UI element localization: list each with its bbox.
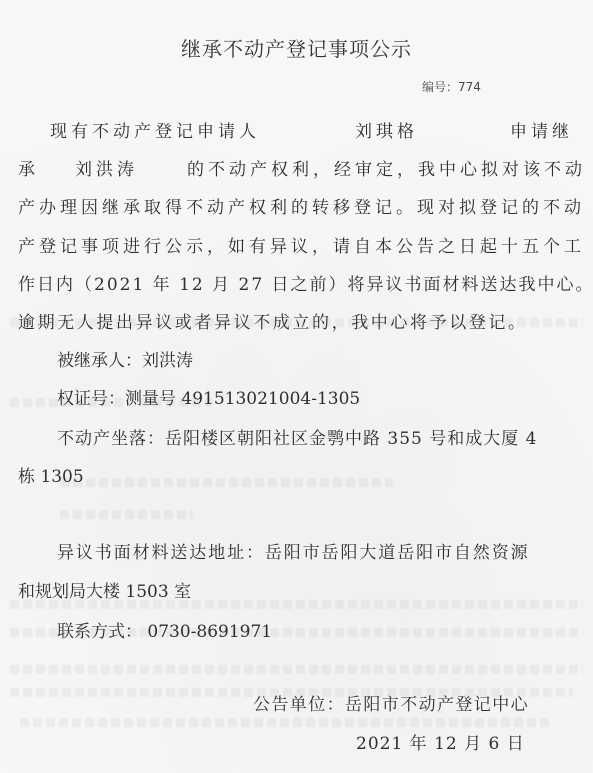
body-text-line: 逾期无人提出异议或者异议不成立的，我中心将予以登记。 bbox=[18, 308, 528, 333]
bleed-through-mark bbox=[20, 718, 553, 727]
decedent-field: 被继承人：刘洪涛 bbox=[57, 346, 193, 371]
body-text-line: 产登记事项进行公示，如有异议，请自本公告之日起十五个工 bbox=[18, 232, 585, 257]
applicant-name: 刘琪格 bbox=[355, 117, 418, 142]
issuer-name: 公告单位：岳阳市不动产登记中心 bbox=[253, 690, 529, 715]
applicant-intro-text: 现有不动产登记申请人 bbox=[50, 117, 260, 142]
objection-address-continued: 和规划局大楼 1503 室 bbox=[18, 577, 191, 602]
scanned-document-page: 继承不动产登记事项公示 编号：774 现有不动产登记申请人 刘琪格 申请继 承 … bbox=[0, 0, 593, 773]
bleed-through-mark bbox=[60, 478, 393, 487]
inherit-char: 承 bbox=[18, 155, 35, 180]
property-location-continued: 栋 1305 bbox=[18, 462, 84, 487]
issue-date: 2021 年 12 月 6 日 bbox=[356, 729, 525, 754]
document-number: 编号：774 bbox=[422, 78, 481, 95]
objection-address-field: 异议书面材料送达地址：岳阳市岳阳大道岳阳市自然资源 bbox=[57, 538, 530, 563]
property-location-field: 不动产坐落：岳阳楼区朝阳社区金鹗中路 355 号和成大厦 4 bbox=[57, 424, 537, 449]
body-text-line: 作日内（2021 年 12 月 27 日之前）将异议书面材料送达我中心。 bbox=[18, 270, 593, 295]
bleed-through-mark bbox=[10, 665, 583, 674]
body-text-line: 的不动产权利，经审定，我中心拟对该不动 bbox=[187, 155, 586, 180]
decedent-name-inline: 刘洪涛 bbox=[75, 155, 138, 180]
apply-inherit-text: 申请继 bbox=[510, 117, 573, 142]
bleed-through-mark bbox=[60, 510, 193, 519]
document-title: 继承不动产登记事项公示 bbox=[0, 33, 593, 62]
contact-field: 联系方式： 0730-8691971 bbox=[57, 617, 272, 642]
certificate-number-field: 权证号：测量号 491513021004-1305 bbox=[57, 384, 360, 409]
body-text-line: 产办理因继承取得不动产权利的转移登记。现对拟登记的不动 bbox=[18, 193, 585, 218]
